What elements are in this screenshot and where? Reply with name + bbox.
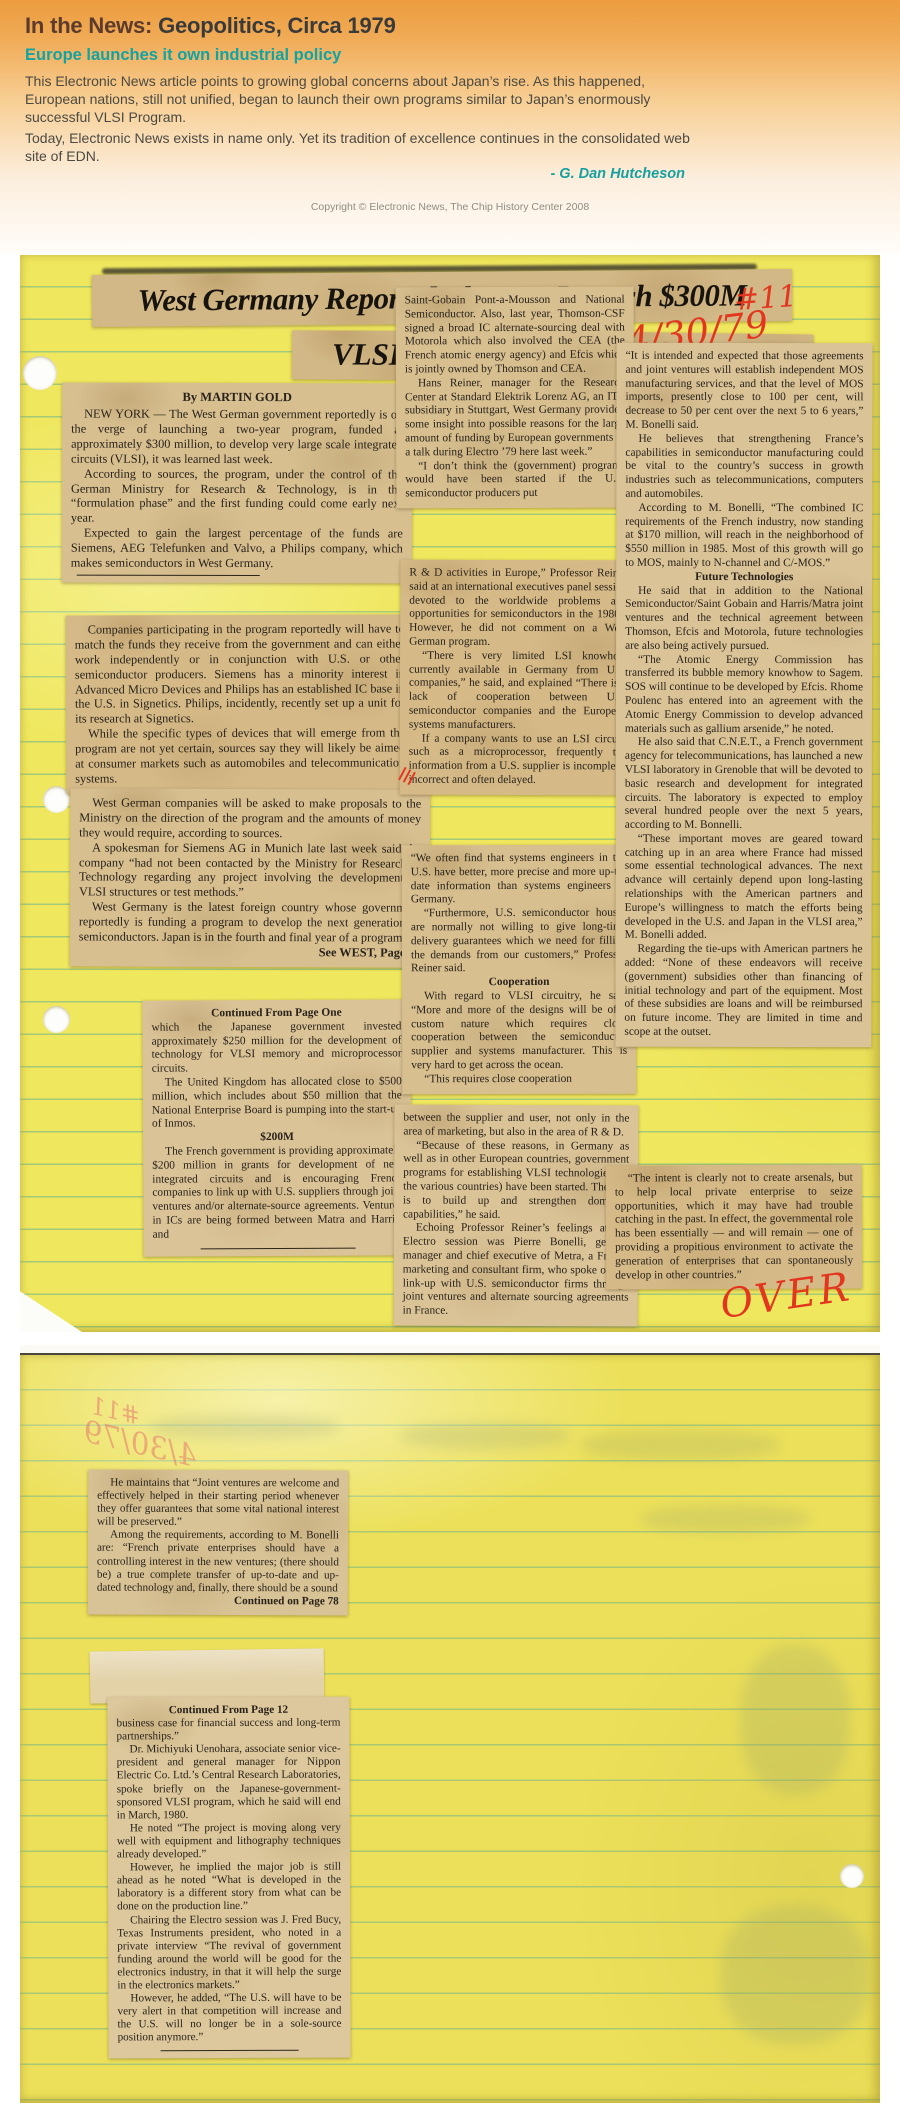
continued-heading: Continued From Page 12 bbox=[116, 1704, 340, 1718]
column-rule bbox=[77, 574, 260, 575]
page-title: In the News: Geopolitics, Circa 1979 bbox=[25, 13, 396, 39]
article-column2-clip-d: between the supplier and user, not only … bbox=[394, 1104, 639, 1326]
page2-clip-b: Continued From Page 12 business case for… bbox=[107, 1697, 350, 2059]
newsprint-paragraph: A spokesman for Siemens AG in Munich lat… bbox=[79, 840, 421, 901]
page-subtitle: Europe launches it own industrial policy bbox=[25, 46, 341, 65]
torn-paper-flap bbox=[90, 1648, 325, 1703]
newsprint-paragraph: business case for financial success and … bbox=[116, 1717, 340, 1744]
newsprint-paragraph: “There is very limited LSI knowhow curre… bbox=[409, 649, 627, 733]
newsprint-paragraph: “The intent is clearly not to create ars… bbox=[615, 1171, 853, 1282]
jump-reference: See WEST, Page 12 bbox=[79, 944, 421, 960]
column-rule bbox=[200, 1247, 355, 1249]
newsprint-paragraph: He also said that C.N.E.T., a French gov… bbox=[625, 736, 863, 833]
bleed-smudge bbox=[640, 1505, 810, 1533]
newsprint-paragraph: While the specific types of devices that… bbox=[75, 726, 405, 787]
bleed-smudge bbox=[720, 1905, 870, 2045]
newsprint-paragraph: He maintains that “Joint ventures are we… bbox=[97, 1477, 339, 1530]
newsprint-paragraph: NEW YORK — The West German government re… bbox=[71, 407, 403, 467]
newsprint-paragraph: “This requires close cooperation bbox=[411, 1072, 627, 1086]
newsprint-paragraph: Among the requirements, according to M. … bbox=[97, 1529, 339, 1595]
punch-hole bbox=[840, 1864, 864, 1888]
page-title-rest: Geopolitics, Circa 1979 bbox=[152, 13, 395, 38]
newsprint-paragraph: “Furthermore, U.S. semiconductor houses … bbox=[411, 907, 627, 977]
newsprint-paragraph: With regard to VLSI circuitry, he said “… bbox=[411, 990, 627, 1073]
page-header: In the News: Geopolitics, Circa 1979 Eur… bbox=[0, 0, 900, 255]
article-column1-clip-a: By MARTIN GOLD NEW YORK — The West Germa… bbox=[62, 383, 413, 584]
bleed-smudge bbox=[740, 1645, 850, 1795]
paper-tear-hole bbox=[23, 356, 57, 390]
chip-history-article-page: In the News: Geopolitics, Circa 1979 Eur… bbox=[0, 0, 900, 2103]
page2-clip-a: He maintains that “Joint ventures are we… bbox=[88, 1470, 349, 1616]
newsprint-paragraph: West German companies will be asked to m… bbox=[79, 795, 421, 841]
newsprint-paragraph: The United Kingdom has allocated close t… bbox=[152, 1075, 402, 1131]
copyright-line: Copyright © Electronic News, The Chip Hi… bbox=[0, 201, 900, 213]
jump-reference: Continued on Page 78 bbox=[97, 1594, 339, 1608]
newsprint-paragraph: Companies participating in the program r… bbox=[75, 621, 405, 726]
article-column2-clip-a: Saint-Gobain Pont-a-Mousson and National… bbox=[396, 287, 635, 509]
newsprint-paragraph: “The Atomic Energy Commission has transf… bbox=[625, 653, 863, 736]
page-title-prefix: In the News: bbox=[25, 13, 152, 38]
punch-hole bbox=[43, 1006, 70, 1033]
newsprint-paragraph: Saint-Gobain Pont-a-Mousson and National… bbox=[405, 294, 625, 378]
article-column2-clip-b: R & D activities in Europe,” Professor R… bbox=[400, 560, 637, 796]
scanned-clipping-page-1: West Germany Reported About to Launch $3… bbox=[20, 255, 880, 1332]
newsprint-paragraph: “I don’t think the (government) programs… bbox=[405, 459, 625, 501]
newsprint-paragraph: Echoing Professor Reiner’s feelings at t… bbox=[403, 1222, 629, 1320]
newsprint-paragraph: West Germany is the latest foreign count… bbox=[79, 900, 421, 946]
section-subhead: Cooperation bbox=[411, 976, 627, 990]
newsprint-paragraph: He said that in addition to the National… bbox=[625, 584, 863, 653]
article-column1-clip-c: West German companies will be asked to m… bbox=[70, 788, 431, 967]
intro-paragraph-1: This Electronic News article points to g… bbox=[25, 72, 707, 127]
article-byline: By MARTIN GOLD bbox=[71, 390, 403, 406]
newsprint-paragraph: The French government is providing appro… bbox=[152, 1144, 403, 1242]
newsprint-paragraph: “These important moves are geared toward… bbox=[625, 833, 863, 944]
newsprint-paragraph: He noted “The project is moving along ve… bbox=[117, 1821, 341, 1861]
newsprint-paragraph: If a company wants to use an LSI circuit… bbox=[409, 732, 627, 788]
section-subhead: $200M bbox=[152, 1131, 402, 1146]
newsprint-paragraph: R & D activities in Europe,” Professor R… bbox=[409, 567, 627, 651]
newsprint-paragraph: However, he added, “The U.S. will have t… bbox=[117, 1992, 341, 2045]
section-subhead: Future Technologies bbox=[625, 571, 863, 585]
column-rule bbox=[160, 2050, 299, 2051]
bleed-smudge bbox=[580, 1430, 780, 1460]
author-attribution: - G. Dan Hutcheson bbox=[25, 166, 685, 182]
bleed-smudge bbox=[400, 1423, 570, 1449]
article-column3-clip-a: “It is intended and expected that those … bbox=[615, 343, 872, 1047]
newsprint-paragraph: According to sources, the program, under… bbox=[71, 466, 403, 526]
newsprint-paragraph: “Because of these reasons, in Germany as… bbox=[403, 1139, 629, 1223]
newsprint-paragraph: However, he implied the major job is sti… bbox=[117, 1861, 341, 1914]
intro-paragraph-2: Today, Electronic News exists in name on… bbox=[25, 129, 707, 165]
continued-from-page-one-clip: Continued From Page One which the Japane… bbox=[142, 999, 411, 1256]
newsprint-paragraph: According to M. Bonelli, “The combined I… bbox=[625, 502, 863, 571]
article-column1-clip-b: Companies participating in the program r… bbox=[66, 614, 415, 793]
newsprint-paragraph: between the supplier and user, not only … bbox=[403, 1112, 629, 1141]
continued-heading: Continued From Page One bbox=[151, 1006, 401, 1021]
scanned-clipping-page-2: #11 4/30/79 He maintains that “Joint ven… bbox=[20, 1345, 880, 2103]
newsprint-paragraph: which the Japanese government invested a… bbox=[151, 1020, 401, 1076]
newsprint-paragraph: “It is intended and expected that those … bbox=[625, 350, 863, 433]
newsprint-paragraph: Expected to gain the largest percentage … bbox=[71, 526, 403, 571]
newsprint-paragraph: He believes that strengthening France’s … bbox=[625, 433, 863, 502]
newsprint-paragraph: Hans Reiner, manager for the Research Ce… bbox=[405, 376, 625, 460]
article-column2-clip-c: “We often find that systems engineers in… bbox=[402, 845, 637, 1094]
newsprint-paragraph: Chairing the Electro session was J. Fred… bbox=[117, 1913, 341, 1992]
newsprint-paragraph: Regarding the tie-ups with American part… bbox=[624, 943, 862, 1040]
newsprint-paragraph: Dr. Michiyuki Uenohara, associate senior… bbox=[117, 1743, 341, 1822]
newsprint-paragraph: “We often find that systems engineers in… bbox=[411, 852, 627, 908]
